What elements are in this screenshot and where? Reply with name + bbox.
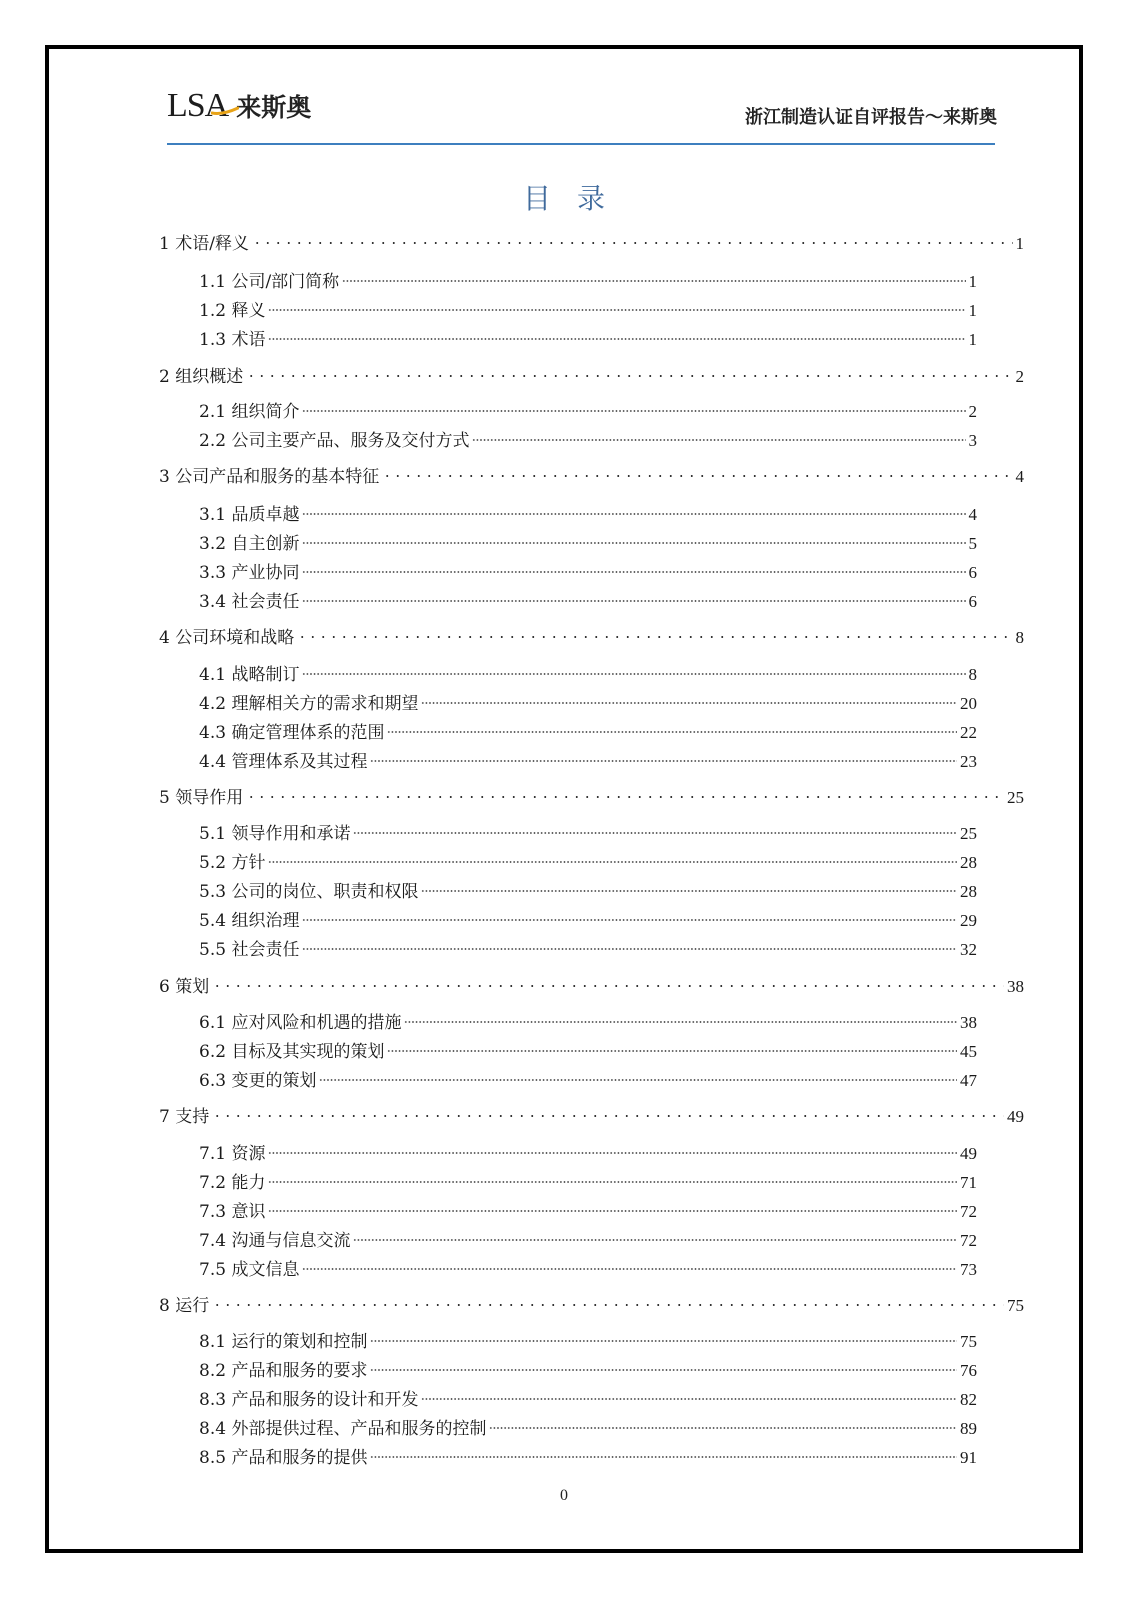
toc-entry-page-number: 22 (960, 722, 977, 744)
toc-section-entry[interactable]: 8.4 外部提供过程、产品和服务的控制89 (199, 1412, 977, 1440)
toc-entry-label: 3.2 自主创新 (199, 533, 299, 555)
toc-entry-page-number: 6 (969, 591, 978, 613)
dot-leader (382, 460, 1012, 482)
toc-entry-label: 7.1 资源 (199, 1143, 265, 1165)
dot-leader (302, 556, 965, 578)
toc-entry-page-number: 6 (969, 562, 978, 584)
dot-leader (302, 527, 965, 549)
toc-section-entry[interactable]: 7.3 意识72 (199, 1195, 977, 1223)
toc-entry-label: 2 组织概述 (159, 366, 243, 388)
dot-leader (268, 1137, 957, 1159)
dot-leader (387, 1035, 957, 1057)
dot-leader (302, 395, 965, 417)
toc-entry-label: 3.4 社会责任 (199, 591, 299, 613)
toc-entry-label: 8.5 产品和服务的提供 (199, 1447, 367, 1469)
toc-entry-label: 8.4 外部提供过程、产品和服务的控制 (199, 1418, 486, 1440)
page-frame: LSA 来斯奥 浙江制造认证自评报告～来斯奥 目录 1 术语/释义11.1 公司… (45, 45, 1083, 1553)
toc-entry-page-number: 72 (960, 1201, 977, 1223)
toc-entry-label: 8.3 产品和服务的设计和开发 (199, 1389, 418, 1411)
dot-leader (370, 745, 957, 767)
dot-leader (302, 1253, 957, 1275)
toc-entry-page-number: 2 (1016, 366, 1025, 388)
dot-leader (268, 1166, 957, 1188)
toc-entry-page-number: 1 (969, 300, 978, 322)
toc-section-entry[interactable]: 1.1 公司/部门简称1 (199, 265, 977, 293)
dot-leader (370, 1354, 957, 1376)
toc-entry-label: 6.2 目标及其实现的策划 (199, 1041, 384, 1063)
toc-section-entry[interactable]: 1.3 术语1 (199, 323, 977, 351)
toc-section-entry[interactable]: 5.5 社会责任32 (199, 933, 977, 961)
toc-section-entry[interactable]: 8.5 产品和服务的提供91 (199, 1441, 977, 1469)
toc-chapter-entry[interactable]: 1 术语/释义1 (159, 227, 1024, 255)
toc-section-entry[interactable]: 2.2 公司主要产品、服务及交付方式3 (199, 424, 977, 452)
toc-chapter-entry[interactable]: 2 组织概述2 (159, 360, 1024, 388)
toc-entry-page-number: 76 (960, 1360, 977, 1382)
dot-leader (489, 1412, 957, 1434)
toc-entry-page-number: 2 (969, 401, 978, 423)
toc-entry-page-number: 71 (960, 1172, 977, 1194)
toc-entry-label: 4.1 战略制订 (199, 664, 299, 686)
toc-entry-page-number: 49 (960, 1143, 977, 1165)
toc-entry-label: 8.2 产品和服务的要求 (199, 1360, 367, 1382)
dot-leader (268, 846, 957, 868)
toc-section-entry[interactable]: 8.1 运行的策划和控制75 (199, 1325, 977, 1353)
dot-leader (268, 294, 965, 316)
toc-section-entry[interactable]: 3.1 品质卓越4 (199, 498, 977, 526)
toc-entry-page-number: 49 (1007, 1106, 1024, 1128)
toc-entry-page-number: 3 (969, 430, 978, 452)
toc-entry-page-number: 32 (960, 939, 977, 961)
toc-section-entry[interactable]: 5.2 方针28 (199, 846, 977, 874)
toc-chapter-entry[interactable]: 4 公司环境和战略8 (159, 621, 1024, 649)
toc-chapter-entry[interactable]: 3 公司产品和服务的基本特征4 (159, 460, 1024, 488)
dot-leader (302, 904, 957, 926)
toc-entry-page-number: 75 (1007, 1295, 1024, 1317)
toc-entry-page-number: 20 (960, 693, 977, 715)
toc-entry-page-number: 75 (960, 1331, 977, 1353)
dot-leader (421, 1383, 957, 1405)
dot-leader (472, 424, 965, 446)
toc-section-entry[interactable]: 4.2 理解相关方的需求和期望20 (199, 687, 977, 715)
toc-section-entry[interactable]: 4.3 确定管理体系的范围22 (199, 716, 977, 744)
table-of-contents: 1 术语/释义11.1 公司/部门简称11.2 释义11.3 术语12 组织概述… (49, 49, 1079, 1549)
toc-section-entry[interactable]: 7.1 资源49 (199, 1137, 977, 1165)
toc-section-entry[interactable]: 6.3 变更的策划47 (199, 1064, 977, 1092)
dot-leader (370, 1325, 957, 1347)
toc-entry-label: 1.2 释义 (199, 300, 265, 322)
toc-entry-label: 5.2 方针 (199, 852, 265, 874)
toc-section-entry[interactable]: 3.2 自主创新5 (199, 527, 977, 555)
toc-entry-page-number: 45 (960, 1041, 977, 1063)
toc-entry-page-number: 38 (960, 1012, 977, 1034)
toc-entry-label: 7.3 意识 (199, 1201, 265, 1223)
dot-leader (421, 687, 957, 709)
dot-leader (212, 1100, 1004, 1122)
toc-entry-page-number: 28 (960, 852, 977, 874)
toc-entry-label: 4.3 确定管理体系的范围 (199, 722, 384, 744)
toc-entry-label: 8 运行 (159, 1295, 209, 1317)
dot-leader (212, 970, 1004, 992)
toc-entry-page-number: 82 (960, 1389, 977, 1411)
dot-leader (370, 1441, 957, 1463)
toc-entry-page-number: 4 (1016, 466, 1025, 488)
toc-entry-label: 7.5 成文信息 (199, 1259, 299, 1281)
dot-leader (297, 621, 1012, 643)
dot-leader (246, 781, 1004, 803)
toc-chapter-entry[interactable]: 7 支持49 (159, 1100, 1024, 1128)
toc-section-entry[interactable]: 8.2 产品和服务的要求76 (199, 1354, 977, 1382)
toc-section-entry[interactable]: 4.1 战略制订8 (199, 658, 977, 686)
toc-entry-label: 1.3 术语 (199, 329, 265, 351)
toc-entry-label: 4.4 管理体系及其过程 (199, 751, 367, 773)
toc-section-entry[interactable]: 8.3 产品和服务的设计和开发82 (199, 1383, 977, 1411)
toc-entry-page-number: 47 (960, 1070, 977, 1092)
toc-entry-label: 1.1 公司/部门简称 (199, 271, 339, 293)
toc-section-entry[interactable]: 7.2 能力71 (199, 1166, 977, 1194)
page-number: 0 (49, 1487, 1079, 1505)
toc-entry-label: 3 公司产品和服务的基本特征 (159, 466, 379, 488)
toc-entry-page-number: 72 (960, 1230, 977, 1252)
toc-chapter-entry[interactable]: 8 运行75 (159, 1289, 1024, 1317)
toc-entry-label: 2.1 组织简介 (199, 401, 299, 423)
dot-leader (268, 1195, 957, 1217)
toc-entry-page-number: 4 (969, 504, 978, 526)
toc-entry-page-number: 1 (969, 329, 978, 351)
toc-entry-label: 4 公司环境和战略 (159, 627, 294, 649)
dot-leader (268, 323, 965, 345)
toc-entry-page-number: 23 (960, 751, 977, 773)
toc-entry-page-number: 1 (969, 271, 978, 293)
toc-entry-page-number: 1 (1016, 233, 1025, 255)
toc-section-entry[interactable]: 3.3 产业协同6 (199, 556, 977, 584)
dot-leader (387, 716, 957, 738)
dot-leader (353, 817, 957, 839)
dot-leader (302, 658, 965, 680)
toc-section-entry[interactable]: 6.2 目标及其实现的策划45 (199, 1035, 977, 1063)
toc-entry-label: 3.1 品质卓越 (199, 504, 299, 526)
toc-entry-label: 6.3 变更的策划 (199, 1070, 316, 1092)
toc-entry-label: 4.2 理解相关方的需求和期望 (199, 693, 418, 715)
toc-entry-page-number: 8 (1016, 627, 1025, 649)
toc-entry-label: 2.2 公司主要产品、服务及交付方式 (199, 430, 469, 452)
toc-entry-page-number: 89 (960, 1418, 977, 1440)
dot-leader (252, 227, 1013, 249)
dot-leader (342, 265, 965, 287)
toc-section-entry[interactable]: 7.5 成文信息73 (199, 1253, 977, 1281)
toc-entry-page-number: 25 (1007, 787, 1024, 809)
toc-entry-page-number: 5 (969, 533, 978, 555)
toc-entry-label: 6.1 应对风险和机遇的措施 (199, 1012, 401, 1034)
toc-section-entry[interactable]: 5.1 领导作用和承诺25 (199, 817, 977, 845)
toc-section-entry[interactable]: 7.4 沟通与信息交流72 (199, 1224, 977, 1252)
toc-entry-label: 3.3 产业协同 (199, 562, 299, 584)
dot-leader (319, 1064, 957, 1086)
toc-entry-page-number: 25 (960, 823, 977, 845)
toc-entry-page-number: 38 (1007, 976, 1024, 998)
toc-chapter-entry[interactable]: 6 策划38 (159, 970, 1024, 998)
toc-entry-page-number: 91 (960, 1447, 977, 1469)
dot-leader (302, 585, 965, 607)
toc-entry-label: 5.3 公司的岗位、职责和权限 (199, 881, 418, 903)
dot-leader (246, 360, 1012, 382)
dot-leader (212, 1289, 1004, 1311)
toc-entry-label: 5.5 社会责任 (199, 939, 299, 961)
toc-section-entry[interactable]: 5.4 组织治理29 (199, 904, 977, 932)
toc-section-entry[interactable]: 5.3 公司的岗位、职责和权限28 (199, 875, 977, 903)
toc-entry-label: 6 策划 (159, 976, 209, 998)
toc-entry-label: 7 支持 (159, 1106, 209, 1128)
toc-entry-page-number: 8 (969, 664, 978, 686)
toc-chapter-entry[interactable]: 5 领导作用25 (159, 781, 1024, 809)
dot-leader (353, 1224, 957, 1246)
toc-section-entry[interactable]: 6.1 应对风险和机遇的措施38 (199, 1006, 977, 1034)
dot-leader (421, 875, 957, 897)
toc-entry-label: 7.2 能力 (199, 1172, 265, 1194)
toc-entry-page-number: 73 (960, 1259, 977, 1281)
dot-leader (404, 1006, 957, 1028)
toc-entry-label: 8.1 运行的策划和控制 (199, 1331, 367, 1353)
toc-entry-page-number: 29 (960, 910, 977, 932)
toc-entry-label: 5.1 领导作用和承诺 (199, 823, 350, 845)
toc-entry-label: 5.4 组织治理 (199, 910, 299, 932)
toc-entry-label: 7.4 沟通与信息交流 (199, 1230, 350, 1252)
dot-leader (302, 933, 957, 955)
toc-entry-page-number: 28 (960, 881, 977, 903)
toc-entry-label: 5 领导作用 (159, 787, 243, 809)
toc-section-entry[interactable]: 2.1 组织简介2 (199, 395, 977, 423)
toc-section-entry[interactable]: 4.4 管理体系及其过程23 (199, 745, 977, 773)
toc-section-entry[interactable]: 3.4 社会责任6 (199, 585, 977, 613)
toc-entry-label: 1 术语/释义 (159, 233, 249, 255)
toc-section-entry[interactable]: 1.2 释义1 (199, 294, 977, 322)
dot-leader (302, 498, 965, 520)
